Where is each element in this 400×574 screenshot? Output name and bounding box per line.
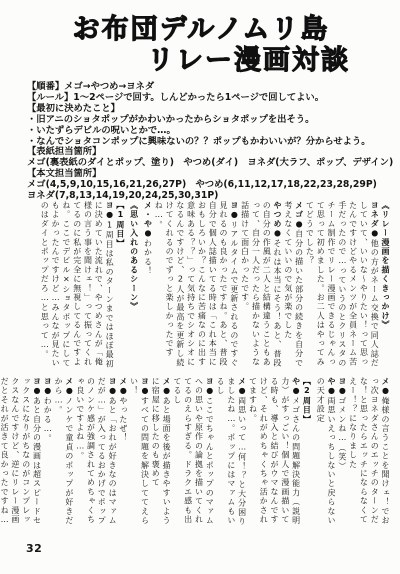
speaker-label: ヨ● xyxy=(105,201,114,220)
dialogue-utterance: やつめ●それは本当にそう！あと、普段の自分の作風が二人と結構違うこともあって、自… xyxy=(239,201,282,374)
dialogue-utterance: や●メゴさんの問題解決能力（説明力）がすっごい！個人で漫画描いてる時も、導入と結… xyxy=(247,377,301,533)
page-title: お布団デルノムリ島 リレー漫画対談 xyxy=(52,14,350,76)
section-header: 【1周目】 xyxy=(114,201,125,374)
utterance-text: すべての問題を解決しててえらい！ xyxy=(130,377,150,525)
dialogue-utterance: ヨ●ゴメンね…（笑） xyxy=(336,377,347,533)
dialogue-utterance: メ●両思いって…何！？と大分困りましたね…。ポップにはマァムもいるし xyxy=(214,377,246,533)
dialogue-utterance: ヨ●すべての問題を解決しててえらい！ xyxy=(128,377,150,533)
dialogue-utterance: や●両思いえっちしないと戻らないの天才設定 xyxy=(314,377,336,533)
dialogue-band-1: 《リレー漫画を描くきっかけ》 ヨネダ●他の方がネーム交換で同人誌だしていて、いい… xyxy=(29,201,390,374)
utterance-text: 両思いえっちしないと戻らないの天才設定 xyxy=(316,377,336,525)
dialogue-band-2: メ●俺様の言うことを聞けェ！でおっ次ヨネダさんのエッチのターンだな！と思ったらエ… xyxy=(29,377,390,533)
page-number: 32 xyxy=(26,542,42,555)
utterance-text: あと自分の漫画は超スピードセックスになりがちなのがコンプレックスなんですけど、逆… xyxy=(0,377,42,525)
utterance-text: あと「おれが好きなのはマァムだが…」が入ってるおかげでポップのノンケ感が強調され… xyxy=(76,377,117,525)
dialogue-utterance: メ●俺様の言うことを聞けェ！でおっ次ヨネダさんのエッチのターンだな！と思ったらエ… xyxy=(347,377,390,533)
speaker-label: メ● xyxy=(65,377,74,396)
utterance-text: あと場面を後が描きやすいように宿屋に移したのも褒めて xyxy=(151,377,171,525)
speaker-label: メゴ● xyxy=(295,201,304,230)
dialogue-utterance: メ●やったぜ！ xyxy=(117,377,128,533)
dialogue-utterance: ヨ●1周目は私のターンまではほぼ最初に決めていた流れで、やつめさんが「俺様の言う… xyxy=(39,201,115,374)
utterance-text: 両思いって…何！？と大分困りましたね…。ポップにはマァムもいるし xyxy=(216,377,247,526)
dialogue-utterance: ヨ●あと自分の漫画は超スピードセックスになりがちなのがコンプレックスなんですけど… xyxy=(0,377,42,533)
dialogue-utterance: メ●ノンケで童貞のポップが好きだから…。 xyxy=(52,377,74,533)
utterance-text: リアルタイムで更新されるのですぐ見れるのも良かったですね。あと、普段自分で個人誌… xyxy=(154,201,239,368)
section-header: 《リレー漫画を描くきっかけ》 xyxy=(379,201,390,374)
utterance-text: 1周目は私のターンまではほぼ最初に決めていた流れで、やつめさんが「俺様の言う事を… xyxy=(40,201,114,369)
utterance-text: 俺様の言うことを聞けェ！でおっ次ヨネダさんのエッチのターンだな！と思ったらエッチ… xyxy=(349,377,390,525)
dialogue-utterance: ヨ●あと「おれが好きなのはマァムだが…」が入ってるおかげでポップのノンケ感が強調… xyxy=(74,377,117,533)
dialogue-utterance: ヨ●わかる…。 xyxy=(42,377,53,533)
utterance-text: わかる…。 xyxy=(43,396,52,443)
title-line-2: リレー漫画対談 xyxy=(52,45,350,76)
dialogue-utterance: ヨネダ●他の方がネーム交換で同人誌だしていて、いいな～やりたい！って思ったんです… xyxy=(304,201,380,374)
utterance-text: ここでちゃんとポップのマァムへの思いや原作の論拠を描いてくれてるのえらすぎる。ド… xyxy=(173,377,214,525)
speaker-label: ヨ● xyxy=(33,377,42,396)
info-line-decided-2: ・いたずらデビルの呪いとかで…。 xyxy=(27,126,393,137)
utterance-text: ゴメンね…（笑） xyxy=(338,396,347,471)
dialogue-utterance: ヨ●リアルタイムで更新されるのですぐ見れるのも良かったですね。あと、普段自分で個… xyxy=(152,201,238,374)
utterance-text: ノンケで童貞のポップが好きだから…。 xyxy=(54,377,74,525)
utterance-text: わかる！ xyxy=(143,239,152,276)
title-line-1: お布団デルノムリ島 xyxy=(52,14,350,45)
speaker-label: ヨ● xyxy=(43,377,52,396)
dialogue-utterance: メ・や●わかる！ xyxy=(142,201,153,374)
speaker-label: メ● xyxy=(119,377,128,396)
section-header: 【2周目】 xyxy=(301,377,312,533)
utterance-text: やったぜ！ xyxy=(119,396,128,442)
speaker-label: メ● xyxy=(381,377,390,396)
section-header: 《思い入れのあるシーン》 xyxy=(128,201,139,374)
speaker-label: メ● xyxy=(162,377,171,396)
speaker-label: や● xyxy=(327,377,336,396)
info-line-decided-1: ・旧アニのショタポップがかわいかったからショタポップを出そう。 xyxy=(27,115,393,126)
dialogue-utterance: ヨ●ここでちゃんとポップのマァムへの思いや原作の論拠を描いてくれてるのえらすぎる… xyxy=(171,377,214,533)
speaker-label: メ● xyxy=(238,377,247,396)
speaker-label: や● xyxy=(292,377,301,396)
speaker-label: ヨ● xyxy=(338,377,347,396)
speaker-label: ヨネダ● xyxy=(370,201,379,239)
dialogue-utterance: メゴ●自分の描いた部分の続きを自分で考えなくていいので気が楽でした xyxy=(282,201,304,374)
speaker-label: やつめ● xyxy=(273,201,282,239)
speaker-label: ヨ● xyxy=(230,201,239,220)
dialogue-utterance: メ●あと場面を後が描きやすいように宿屋に移したのも褒めて xyxy=(149,377,171,533)
speaker-label: ヨ● xyxy=(205,377,214,396)
speaker-label: ヨ● xyxy=(108,377,117,396)
utterance-text: 他の方がネーム交換で同人誌だしていて、いいな～やりたい！って思ったんですけどやる… xyxy=(305,201,379,368)
speaker-label: ヨ● xyxy=(140,377,149,396)
speaker-label: メ・や● xyxy=(143,201,152,239)
info-section: 【順番】メゴ→やつめ→ヨネダ 【ルール】1～2ページで回す。しんどかったら1ペー… xyxy=(27,82,393,202)
utterance-text: メゴさんの問題解決能力（説明力）がすっごい！個人で漫画描いてる時も、導入と結びが… xyxy=(248,377,300,525)
doujin-afterword-page: お布団デルノムリ島 リレー漫画対談 【順番】メゴ→やつめ→ヨネダ 【ルール】1～… xyxy=(0,0,400,574)
